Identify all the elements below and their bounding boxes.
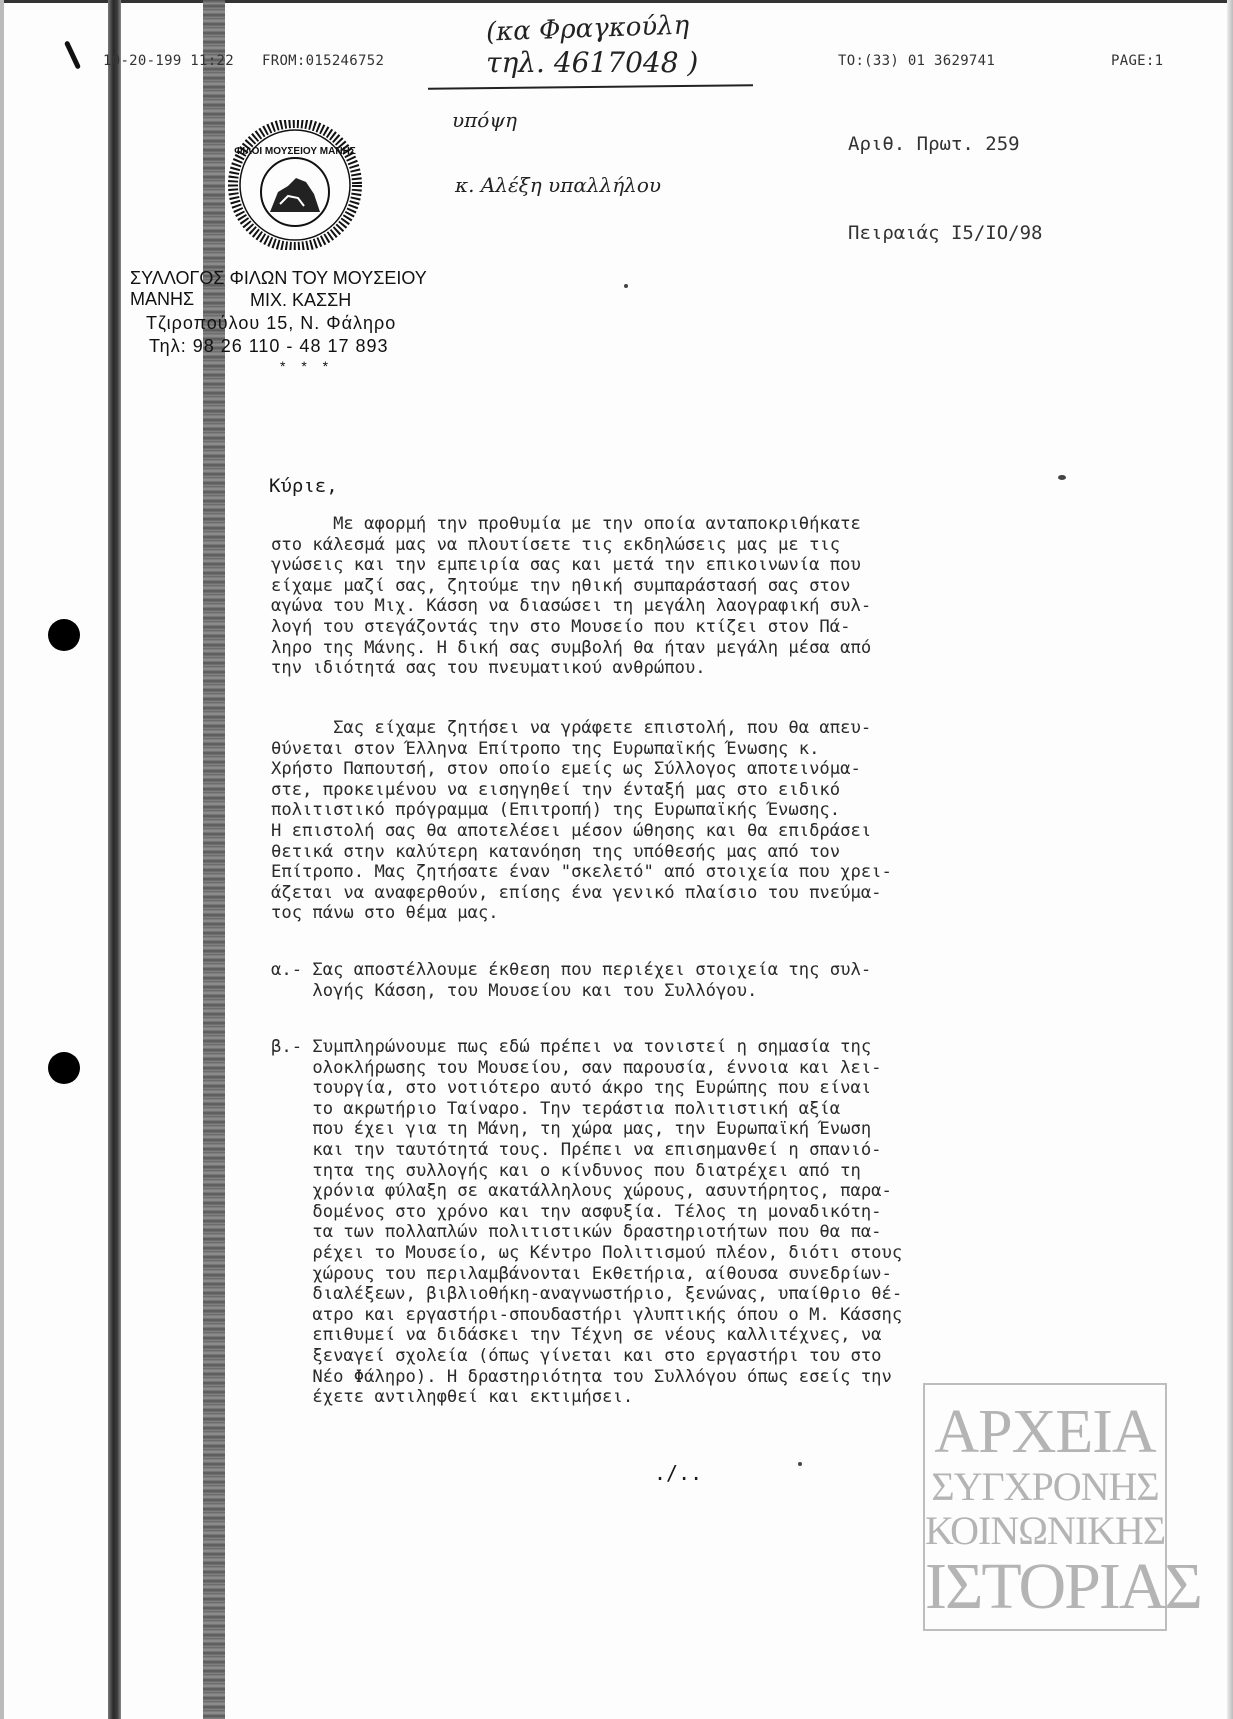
punch-hole (48, 1052, 80, 1084)
org-address: Τζιροπούλου 15, Ν. Φάληρο (146, 313, 396, 334)
logo-seal-icon: ΦΙΛΟΙ ΜΟΥΣΕΙΟΥ ΜΑΝΗΣ (218, 120, 372, 250)
fax-to: TO:(33) 01 3629741 (838, 53, 995, 69)
svg-text:ΦΙΛΟΙ ΜΟΥΣΕΙΟΥ ΜΑΝΗΣ: ΦΙΛΟΙ ΜΟΥΣΕΙΟΥ ΜΑΝΗΣ (234, 146, 356, 157)
protocol-number: Αριθ. Πρωτ. 259 (848, 133, 1020, 155)
fax-from: FROM:015246752 (262, 53, 384, 69)
fax-streak (203, 0, 225, 1719)
org-phone: Τηλ: 98 26 110 - 48 17 893 (149, 336, 389, 357)
watermark-line: ΑΡΧΕΙΑ (925, 1399, 1165, 1465)
stray-dot (1058, 475, 1066, 480)
watermark-line: ΣΥΓΧΡΟΝΗΣ (925, 1465, 1165, 1509)
handwritten-note: (κα Φραγκούλη (486, 10, 690, 47)
scan-right-edge (1227, 0, 1233, 1719)
scan-left-edge (0, 0, 4, 1719)
paragraph-1: Με αφορμή την προθυμία με την οποία αντα… (271, 514, 1171, 679)
org-stars: * * * (280, 358, 334, 374)
archive-watermark: ΑΡΧΕΙΑ ΣΥΓΧΡΟΝΗΣ ΚΟΙΝΩΝΙΚΗΣ ΙΣΤΟΡΙΑΣ (923, 1383, 1167, 1631)
pen-mark (64, 40, 81, 69)
handwritten-phone: τηλ. 4617048 ) (486, 46, 698, 79)
watermark-line: ΙΣΤΟΡΙΑΣ (925, 1553, 1165, 1621)
paragraph-2: Σας είχαμε ζητήσει να γράφετε επιστολή, … (271, 718, 1171, 924)
stray-dot (798, 1462, 802, 1466)
museum-logo: ΦΙΛΟΙ ΜΟΥΣΕΙΟΥ ΜΑΝΗΣ (218, 120, 372, 250)
scan-top-edge (0, 0, 1233, 3)
handwritten-recipient: κ. Αλέξη υπαλλήλου (455, 173, 661, 197)
punch-hole (48, 619, 80, 651)
handwritten-underline (428, 84, 753, 89)
place-date: Πειραιάς I5/IO/98 (848, 222, 1042, 244)
item-beta: β.- Συμπληρώνουμε πως εδώ πρέπει να τονι… (271, 1037, 1171, 1408)
item-alpha: α.- Σας αποστέλλουμε έκθεση που περιέχει… (271, 960, 1171, 1001)
fax-page: PAGE:1 (1111, 53, 1163, 69)
fax-streak (108, 0, 121, 1719)
watermark-line: ΚΟΙΝΩΝΙΚΗΣ (925, 1509, 1165, 1553)
fax-datetime: 10-20-199 11:22 (103, 53, 234, 69)
handwritten-attention: υπόψη (452, 108, 517, 132)
stray-dot (624, 284, 628, 288)
org-subtitle: ΜΙΧ. ΚΑΣΣΗ (250, 290, 351, 311)
salutation: Κύριε, (269, 475, 338, 497)
continuation-mark: ./.. (654, 1461, 702, 1485)
